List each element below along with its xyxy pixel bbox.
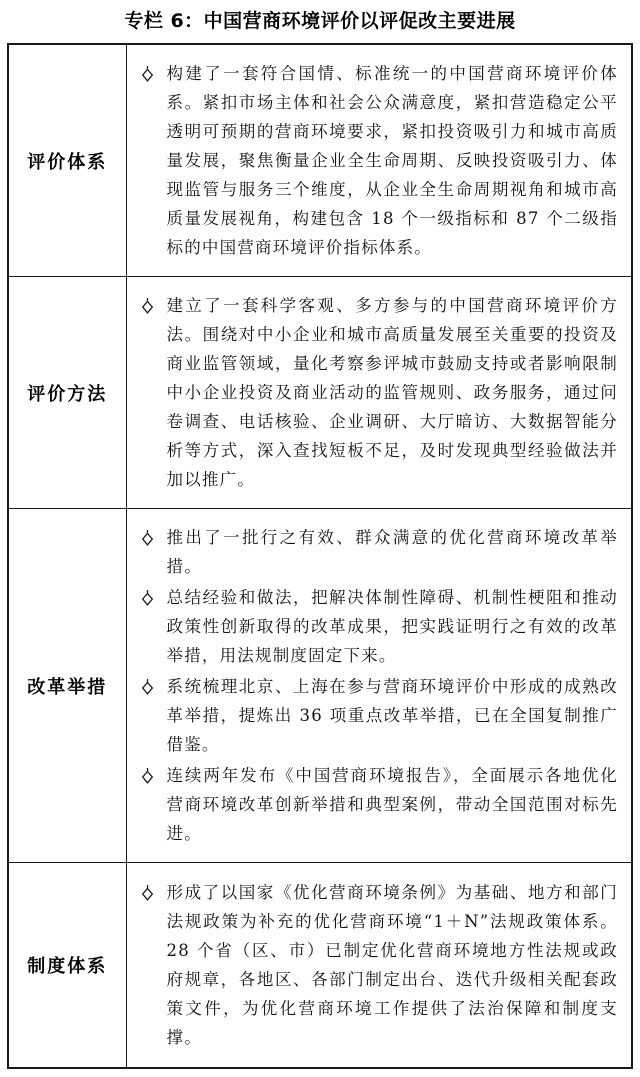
diamond-bullet-icon bbox=[139, 583, 167, 607]
diamond-bullet-icon bbox=[139, 672, 167, 696]
list-item: 构建了一套符合国情、标准统一的中国营商环境评价体系。紧扣市场主体和社会公众满意度… bbox=[139, 59, 619, 262]
page-title: 专栏 6：中国营商环境评价以评促改主要进展 bbox=[7, 8, 633, 34]
bullet-text: 连续两年发布《中国营商环境报告》，全面展示各地优化营商环境改革创新举措和典型案例… bbox=[167, 761, 619, 848]
row-label-evaluation-method: 评价方法 bbox=[8, 277, 126, 509]
table-row: 评价体系 构建了一套符合国情、标准统一的中国营商环境评价体系。紧扣市场主体和社会… bbox=[8, 44, 632, 277]
list-item: 建立了一套科学客观、多方参与的中国营商环境评价方法。围绕对中小企业和城市高质量发… bbox=[139, 291, 619, 494]
row-label-reform-measures: 改革举措 bbox=[8, 509, 126, 863]
document-page: 专栏 6：中国营商环境评价以评促改主要进展 评价体系 构建了一套符合国情、标准统… bbox=[0, 0, 640, 1077]
bullet-text: 总结经验和做法，把解决体制性障碍、机制性梗阻和推动政策性创新取得的改革成果，把实… bbox=[167, 583, 619, 670]
list-item: 连续两年发布《中国营商环境报告》，全面展示各地优化营商环境改革创新举措和典型案例… bbox=[139, 761, 619, 848]
table-row: 评价方法 建立了一套科学客观、多方参与的中国营商环境评价方法。围绕对中小企业和城… bbox=[8, 277, 632, 509]
table-row: 制度体系 形成了以国家《优化营商环境条例》为基础、地方和部门法规政策为补充的优化… bbox=[8, 863, 632, 1068]
row-content: 推出了一批行之有效、群众满意的优化营商环境改革举措。 总结经验和做法，把解决体制… bbox=[126, 509, 632, 863]
bullet-text: 构建了一套符合国情、标准统一的中国营商环境评价体系。紧扣市场主体和社会公众满意度… bbox=[167, 59, 619, 262]
bullet-text: 形成了以国家《优化营商环境条例》为基础、地方和部门法规政策为补充的优化营商环境“… bbox=[167, 878, 619, 1052]
diamond-bullet-icon bbox=[139, 878, 167, 902]
bullet-text: 建立了一套科学客观、多方参与的中国营商环境评价方法。围绕对中小企业和城市高质量发… bbox=[167, 291, 619, 494]
list-item: 总结经验和做法，把解决体制性障碍、机制性梗阻和推动政策性创新取得的改革成果，把实… bbox=[139, 583, 619, 670]
row-content: 形成了以国家《优化营商环境条例》为基础、地方和部门法规政策为补充的优化营商环境“… bbox=[126, 863, 632, 1068]
row-content: 建立了一套科学客观、多方参与的中国营商环境评价方法。围绕对中小企业和城市高质量发… bbox=[126, 277, 632, 509]
list-item: 系统梳理北京、上海在参与营商环境评价中形成的成熟改革举措，提炼出 36 项重点改… bbox=[139, 672, 619, 759]
row-label-evaluation-system: 评价体系 bbox=[8, 44, 126, 277]
diamond-bullet-icon bbox=[139, 59, 167, 83]
list-item: 形成了以国家《优化营商环境条例》为基础、地方和部门法规政策为补充的优化营商环境“… bbox=[139, 878, 619, 1052]
diamond-bullet-icon bbox=[139, 291, 167, 315]
diamond-bullet-icon bbox=[139, 523, 167, 547]
row-label-institutional-system: 制度体系 bbox=[8, 863, 126, 1068]
bullet-text: 推出了一批行之有效、群众满意的优化营商环境改革举措。 bbox=[167, 523, 619, 581]
table-row: 改革举措 推出了一批行之有效、群众满意的优化营商环境改革举措。 总结经验和做法，… bbox=[8, 509, 632, 863]
list-item: 推出了一批行之有效、群众满意的优化营商环境改革举措。 bbox=[139, 523, 619, 581]
row-content: 构建了一套符合国情、标准统一的中国营商环境评价体系。紧扣市场主体和社会公众满意度… bbox=[126, 44, 632, 277]
bullet-text: 系统梳理北京、上海在参与营商环境评价中形成的成熟改革举措，提炼出 36 项重点改… bbox=[167, 672, 619, 759]
diamond-bullet-icon bbox=[139, 761, 167, 785]
progress-table: 评价体系 构建了一套符合国情、标准统一的中国营商环境评价体系。紧扣市场主体和社会… bbox=[7, 43, 633, 1069]
